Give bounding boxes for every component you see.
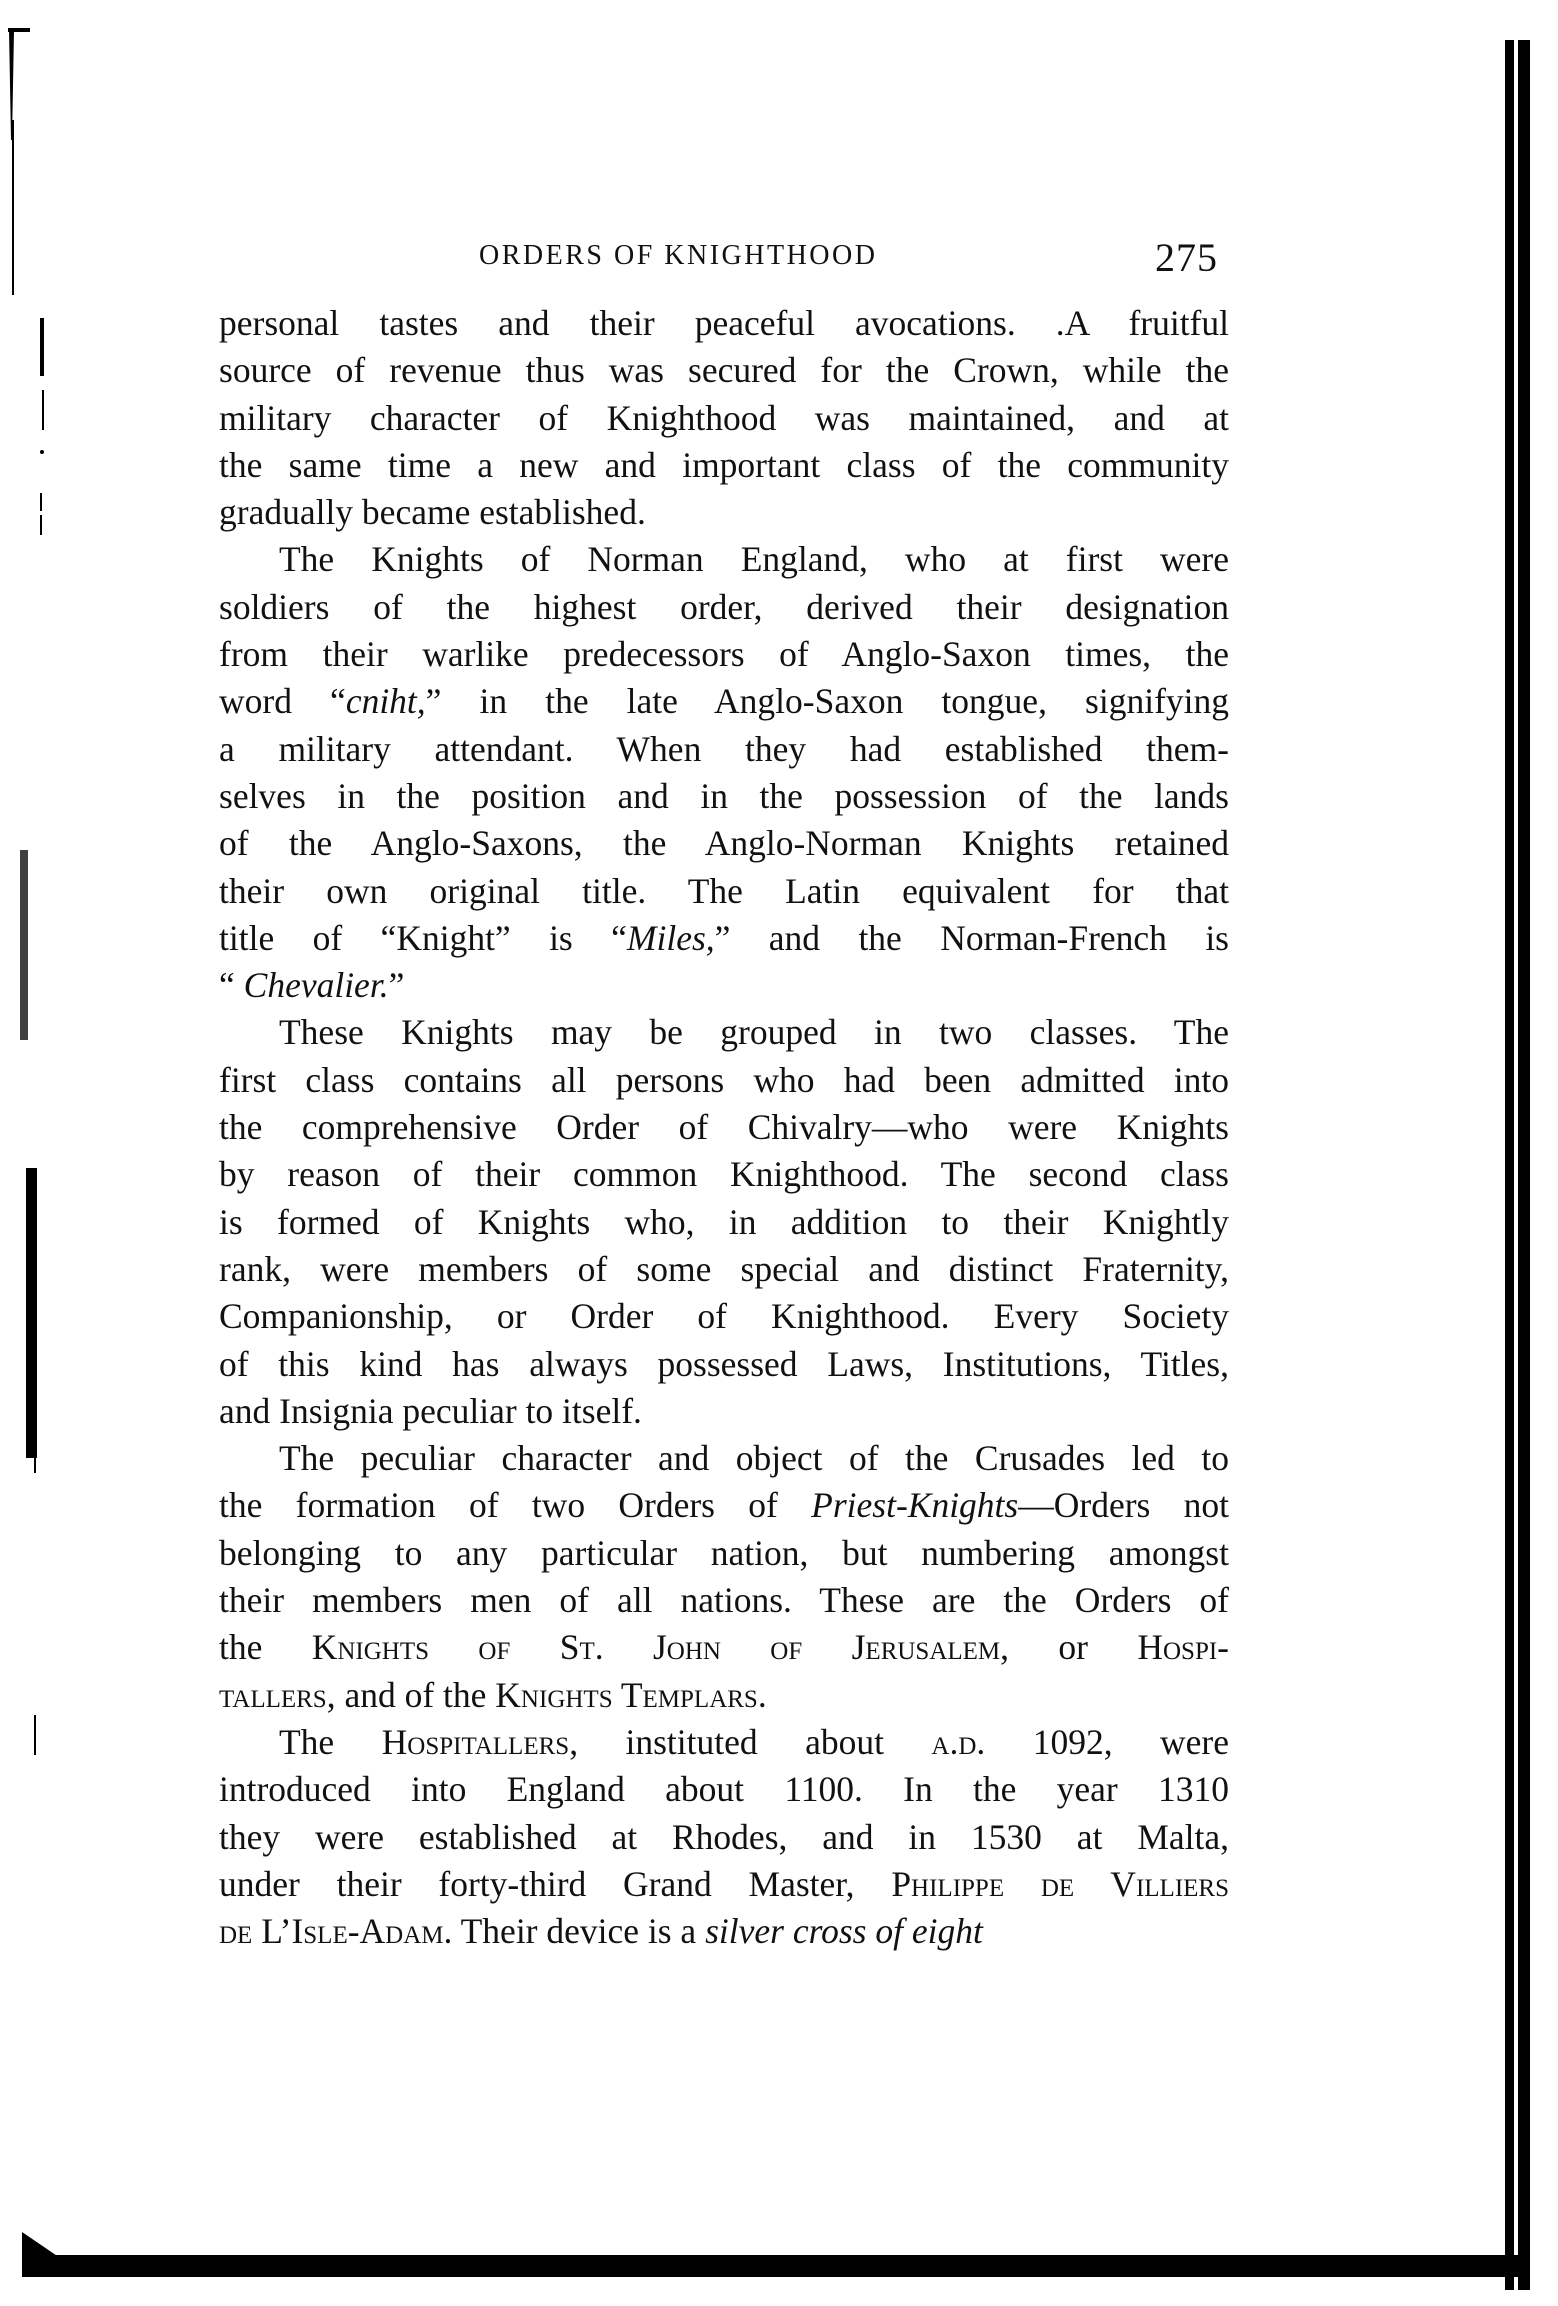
text-line: by reason of their common Knighthood. Th…: [219, 1151, 1229, 1198]
text-run: , instituted about: [569, 1722, 931, 1762]
paragraph: The Hospitallers, instituted about a.d. …: [219, 1719, 1229, 1955]
text-run: first class contains all persons who had…: [219, 1060, 1229, 1100]
text-line: they were established at Rhodes, and in …: [219, 1814, 1229, 1861]
scan-edge-bottom-band: [22, 2255, 1528, 2277]
scan-edge-right-inner: [1505, 40, 1514, 2290]
small-caps-text: Hospi-: [1137, 1627, 1229, 1667]
text-line: is formed of Knights who, in addition to…: [219, 1199, 1229, 1246]
small-caps-text: Knights of St. John of Jerusalem: [312, 1627, 1000, 1667]
scan-edge-left-line: [12, 120, 14, 295]
text-run: “: [219, 965, 244, 1005]
text-line: of this kind has always possessed Laws, …: [219, 1341, 1229, 1388]
small-caps-text: de L’Isle-Adam: [219, 1911, 444, 1951]
scan-edge-left-dot: [40, 450, 44, 454]
small-caps-text: a.d.: [931, 1722, 985, 1762]
text-run: —Orders not: [1018, 1485, 1229, 1525]
text-line: the formation of two Orders of Priest-Kn…: [219, 1482, 1229, 1529]
text-line: “ Chevalier.”: [219, 962, 1229, 1009]
text-run: gradually became established.: [219, 492, 646, 532]
text-line: the Knights of St. John of Jerusalem, or…: [219, 1624, 1229, 1671]
text-run: they were established at Rhodes, and in …: [219, 1817, 1229, 1857]
scan-edge-left-mark-5: [34, 1455, 36, 1473]
italic-text: Chevalier.: [244, 965, 389, 1005]
scan-edge-left-bar: [26, 1168, 37, 1458]
text-line: soldiers of the highest order, derived t…: [219, 584, 1229, 631]
text-line: the comprehensive Order of Chivalry—who …: [219, 1104, 1229, 1151]
text-run: their members men of all nations. These …: [219, 1580, 1229, 1620]
text-run: the same time a new and important class …: [219, 445, 1229, 485]
scan-edge-left-mark-2: [42, 390, 44, 430]
italic-text: Priest-Knights: [811, 1485, 1018, 1525]
text-run: a military attendant. When they had esta…: [219, 729, 1229, 769]
text-run: ” in the late Anglo-Saxon tongue, signif…: [426, 681, 1229, 721]
text-line: their own original title. The Latin equi…: [219, 868, 1229, 915]
text-run: the comprehensive Order of Chivalry—who …: [219, 1107, 1229, 1147]
text-line: under their forty-third Grand Master, Ph…: [219, 1861, 1229, 1908]
text-line: the same time a new and important class …: [219, 442, 1229, 489]
scan-edge-left-mark-1: [40, 318, 44, 376]
text-line: of the Anglo-Saxons, the Anglo-Norman Kn…: [219, 820, 1229, 867]
text-run: 1092, were: [985, 1722, 1229, 1762]
italic-text: Miles,: [627, 918, 715, 958]
text-line: their members men of all nations. These …: [219, 1577, 1229, 1624]
text-run: . Their device is a: [444, 1911, 706, 1951]
text-run: soldiers of the highest order, derived t…: [219, 587, 1229, 627]
text-line: introduced into England about 1100. In t…: [219, 1766, 1229, 1813]
text-run: Companionship, or Order of Knighthood. E…: [219, 1296, 1229, 1336]
text-run: The Knights of Norman England, who at fi…: [279, 539, 1229, 579]
text-line: These Knights may be grouped in two clas…: [219, 1009, 1229, 1056]
small-caps-text: Philippe de Villiers: [891, 1864, 1229, 1904]
scan-edge-right-outer: [1518, 40, 1530, 2290]
text-run: military character of Knighthood was mai…: [219, 398, 1229, 438]
text-line: tallers, and of the Knights Templars.: [219, 1672, 1229, 1719]
text-line: word “cniht,” in the late Anglo-Saxon to…: [219, 678, 1229, 725]
text-run: the: [219, 1627, 312, 1667]
paragraph: These Knights may be grouped in two clas…: [219, 1009, 1229, 1435]
text-line: The peculiar character and object of the…: [219, 1435, 1229, 1482]
text-line: personal tastes and their peaceful avoca…: [219, 300, 1229, 347]
text-run: introduced into England about 1100. In t…: [219, 1769, 1229, 1809]
text-line: The Knights of Norman England, who at fi…: [219, 536, 1229, 583]
text-line: a military attendant. When they had esta…: [219, 726, 1229, 773]
scan-edge-left-mark-3: [40, 493, 42, 511]
scan-edge-left-smear: [20, 850, 28, 1040]
paragraph: The peculiar character and object of the…: [219, 1435, 1229, 1719]
text-run: the formation of two Orders of: [219, 1485, 811, 1525]
text-run: their own original title. The Latin equi…: [219, 871, 1229, 911]
paragraph: The Knights of Norman England, who at fi…: [219, 536, 1229, 1009]
text-line: Companionship, or Order of Knighthood. E…: [219, 1293, 1229, 1340]
page-number: 275: [1155, 234, 1218, 281]
text-run: The: [279, 1722, 382, 1762]
body-text: personal tastes and their peaceful avoca…: [219, 300, 1229, 1955]
text-run: The peculiar character and object of the…: [279, 1438, 1229, 1478]
text-line: military character of Knighthood was mai…: [219, 395, 1229, 442]
small-caps-text: tallers: [219, 1675, 327, 1715]
text-run: source of revenue thus was secured for t…: [219, 350, 1229, 390]
text-line: first class contains all persons who had…: [219, 1057, 1229, 1104]
text-line: and Insignia peculiar to itself.: [219, 1388, 1229, 1435]
text-run: from their warlike predecessors of Anglo…: [219, 634, 1229, 674]
text-line: belonging to any particular nation, but …: [219, 1530, 1229, 1577]
text-run: personal tastes and their peaceful avoca…: [219, 303, 1229, 343]
small-caps-text: Hospitallers: [382, 1722, 570, 1762]
paragraph: personal tastes and their peaceful avoca…: [219, 300, 1229, 536]
text-run: is formed of Knights who, in addition to…: [219, 1202, 1229, 1242]
text-line: source of revenue thus was secured for t…: [219, 347, 1229, 394]
text-run: These Knights may be grouped in two clas…: [279, 1012, 1229, 1052]
text-line: de L’Isle-Adam. Their device is a silver…: [219, 1908, 1229, 1955]
text-run: , and of the: [327, 1675, 496, 1715]
italic-text: cniht,: [346, 681, 426, 721]
text-run: belonging to any particular nation, but …: [219, 1533, 1229, 1573]
page-header: ORDERS OF KNIGHTHOOD 275: [479, 232, 1249, 280]
text-line: from their warlike predecessors of Anglo…: [219, 631, 1229, 678]
text-run: , or: [1000, 1627, 1137, 1667]
text-line: rank, were members of some special and d…: [219, 1246, 1229, 1293]
italic-text: silver cross of eight: [705, 1911, 983, 1951]
text-run: of this kind has always possessed Laws, …: [219, 1344, 1229, 1384]
text-run: by reason of their common Knighthood. Th…: [219, 1154, 1229, 1194]
text-run: rank, were members of some special and d…: [219, 1249, 1229, 1289]
text-run: ” and the Norman-French is: [715, 918, 1229, 958]
text-run: title of “Knight” is “: [219, 918, 627, 958]
text-run: selves in the position and in the posses…: [219, 776, 1229, 816]
text-run: word “: [219, 681, 346, 721]
text-run: under their forty-third Grand Master,: [219, 1864, 891, 1904]
text-run: of the Anglo-Saxons, the Anglo-Norman Kn…: [219, 823, 1229, 863]
text-run: and Insignia peculiar to itself.: [219, 1391, 642, 1431]
running-title: ORDERS OF KNIGHTHOOD: [479, 240, 877, 272]
text-line: gradually became established.: [219, 489, 1229, 536]
small-caps-text: Knights Templars: [495, 1675, 758, 1715]
text-line: selves in the position and in the posses…: [219, 773, 1229, 820]
text-line: The Hospitallers, instituted about a.d. …: [219, 1719, 1229, 1766]
scan-edge-left-mark-4: [40, 515, 42, 535]
scan-edge-left-mark-6: [34, 1715, 36, 1755]
text-line: title of “Knight” is “Miles,” and the No…: [219, 915, 1229, 962]
text-run: ”: [389, 965, 405, 1005]
text-run: .: [758, 1675, 767, 1715]
